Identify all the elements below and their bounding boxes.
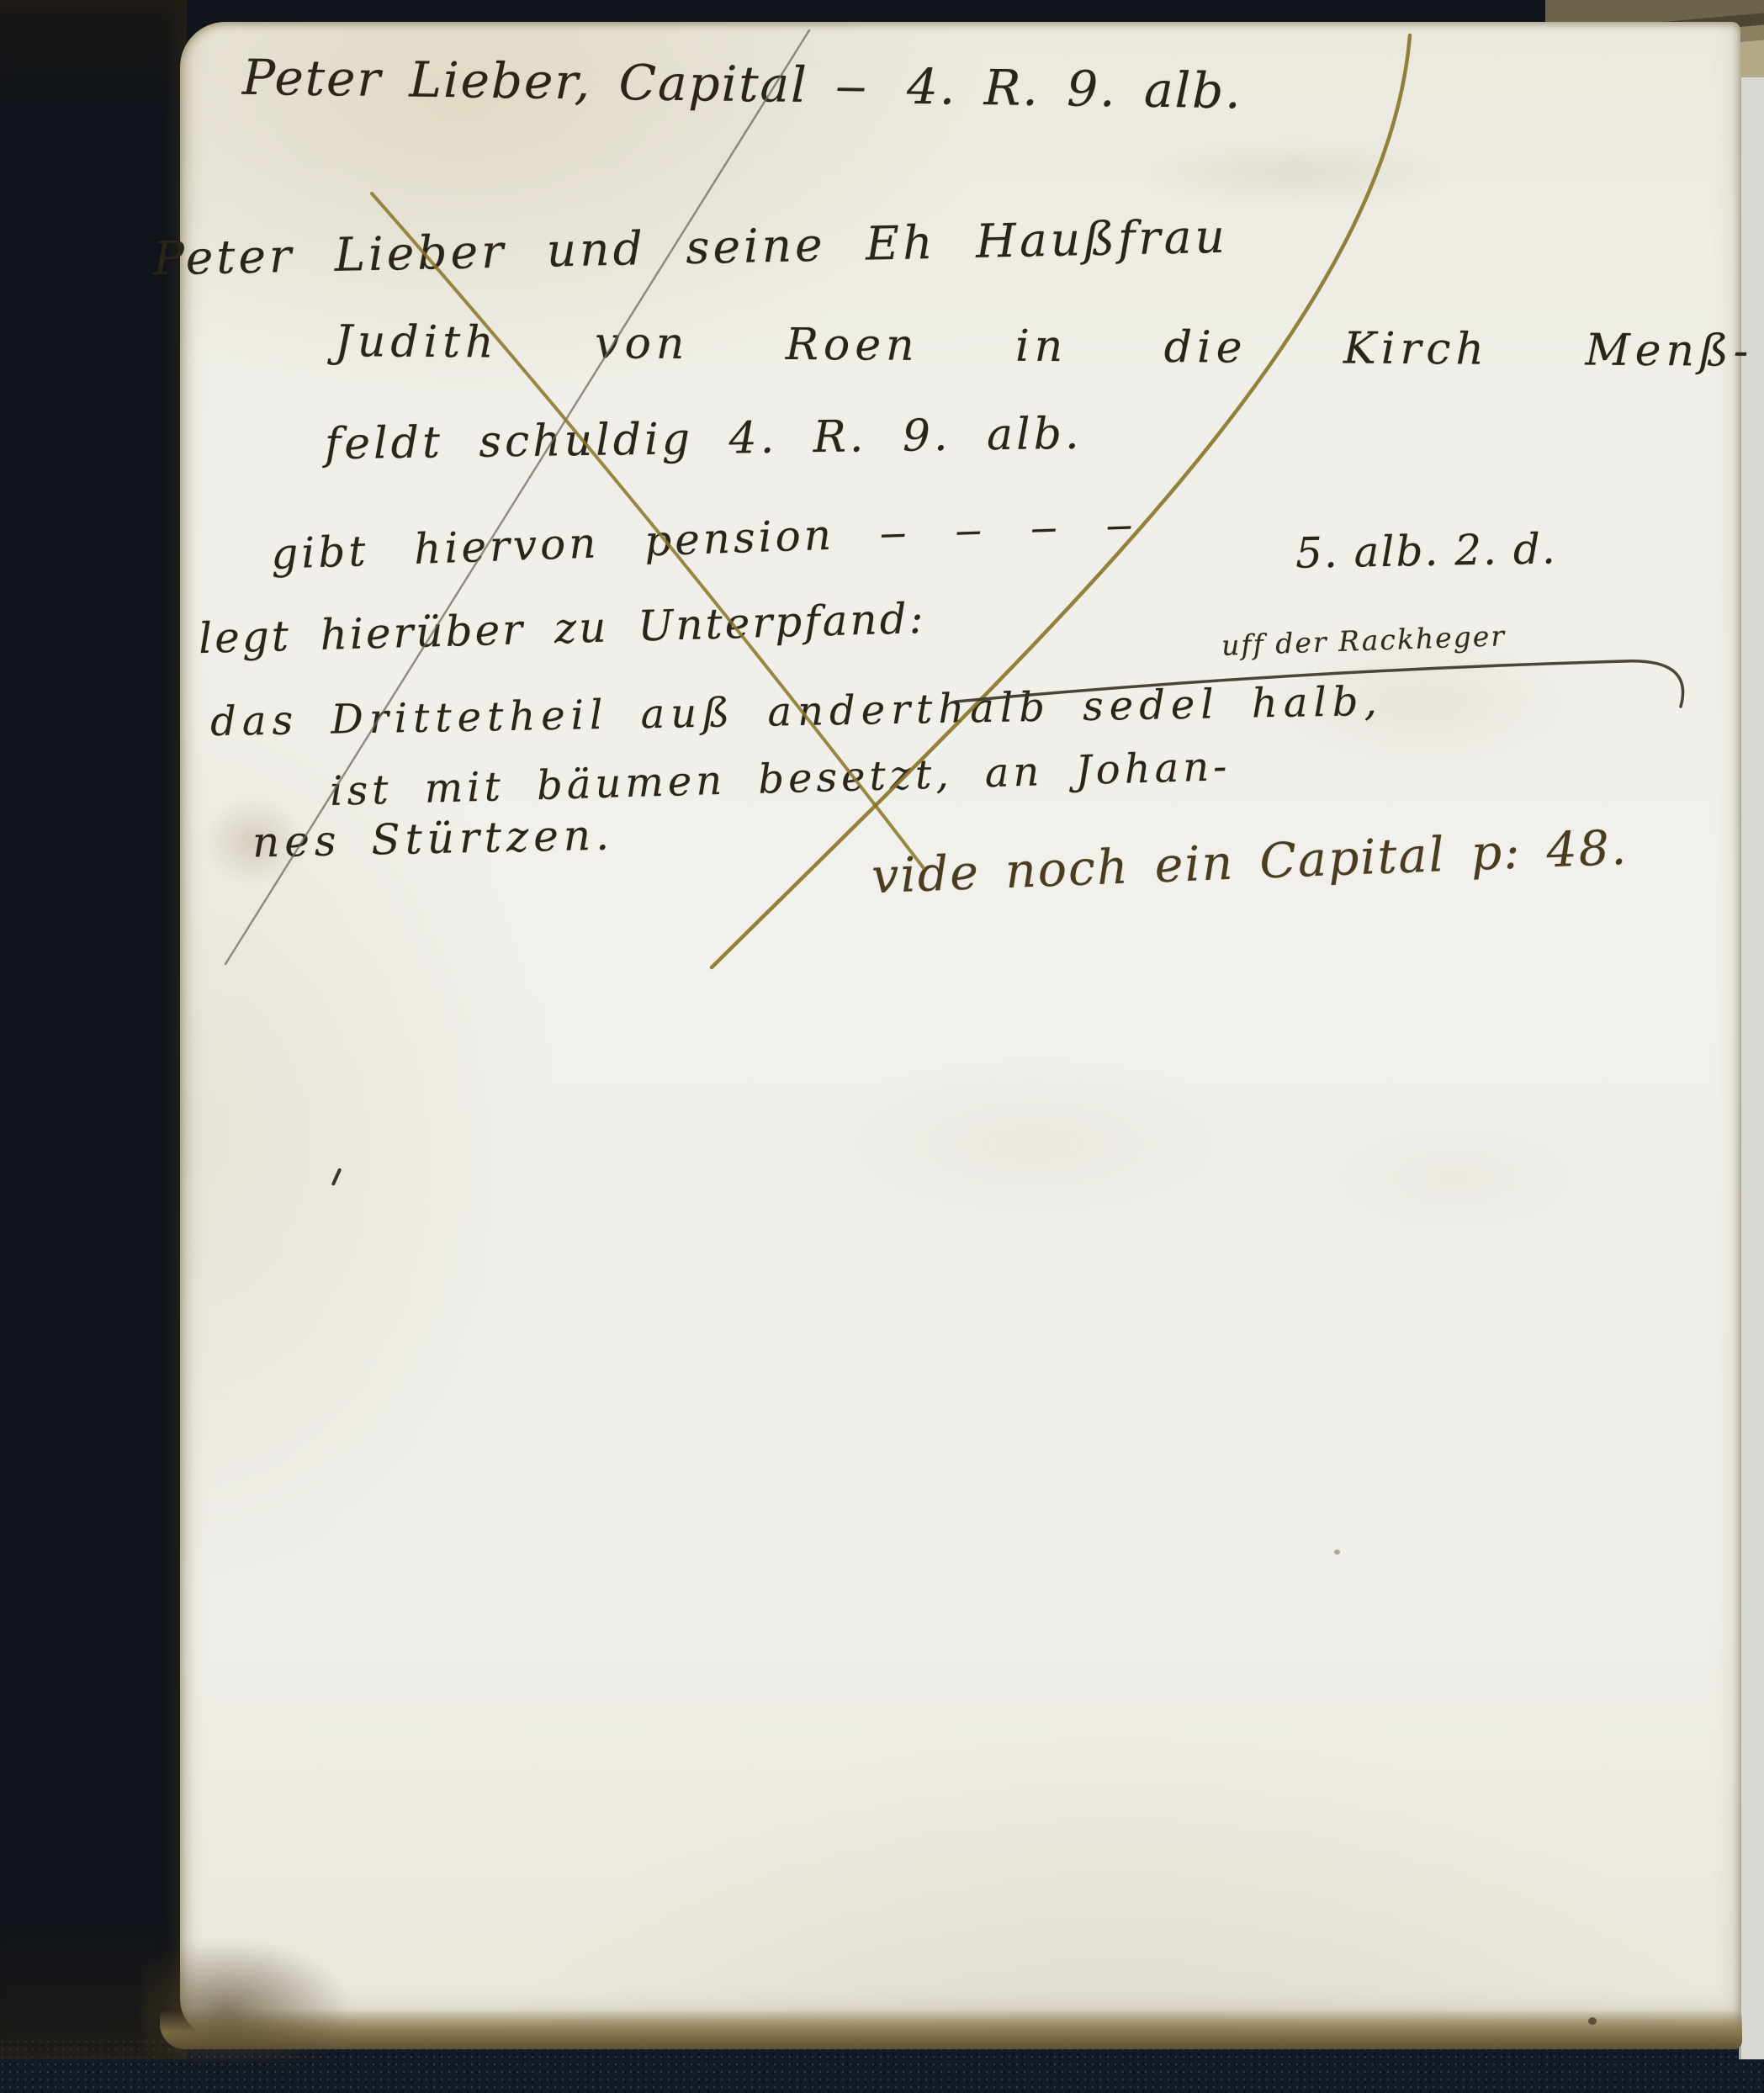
pension-amount: 5. alb. 2. d.: [1295, 524, 1558, 577]
bottom-left-corner-stain: [143, 1900, 421, 2059]
gutter-shading: [0, 0, 187, 2059]
entry-line-wife-parish: Judith von Roen in die Kirch Menß-: [335, 316, 1754, 377]
ink-speck: [1588, 2017, 1597, 2025]
ink-speck: [1334, 1550, 1340, 1555]
heading-name-and-label: Peter Lieber, Capital ‒: [242, 49, 869, 114]
entry-line-neighbor-name: nes Stürtzen.: [252, 811, 614, 867]
scanned-manuscript-scene: Peter Lieber, Capital ‒4. R. 9. alb. Pet…: [0, 0, 1764, 2093]
ink-bleedthrough-blot: [740, 1035, 1329, 1253]
entry-line-debt-amount: feldt schuldig 4. R. 9. alb.: [325, 409, 1083, 470]
ink-bleedthrough-blot: [1077, 126, 1514, 219]
heading-capital-amount: 4. R. 9. alb.: [907, 58, 1243, 120]
ink-bleedthrough-blot: [1262, 1094, 1649, 1262]
